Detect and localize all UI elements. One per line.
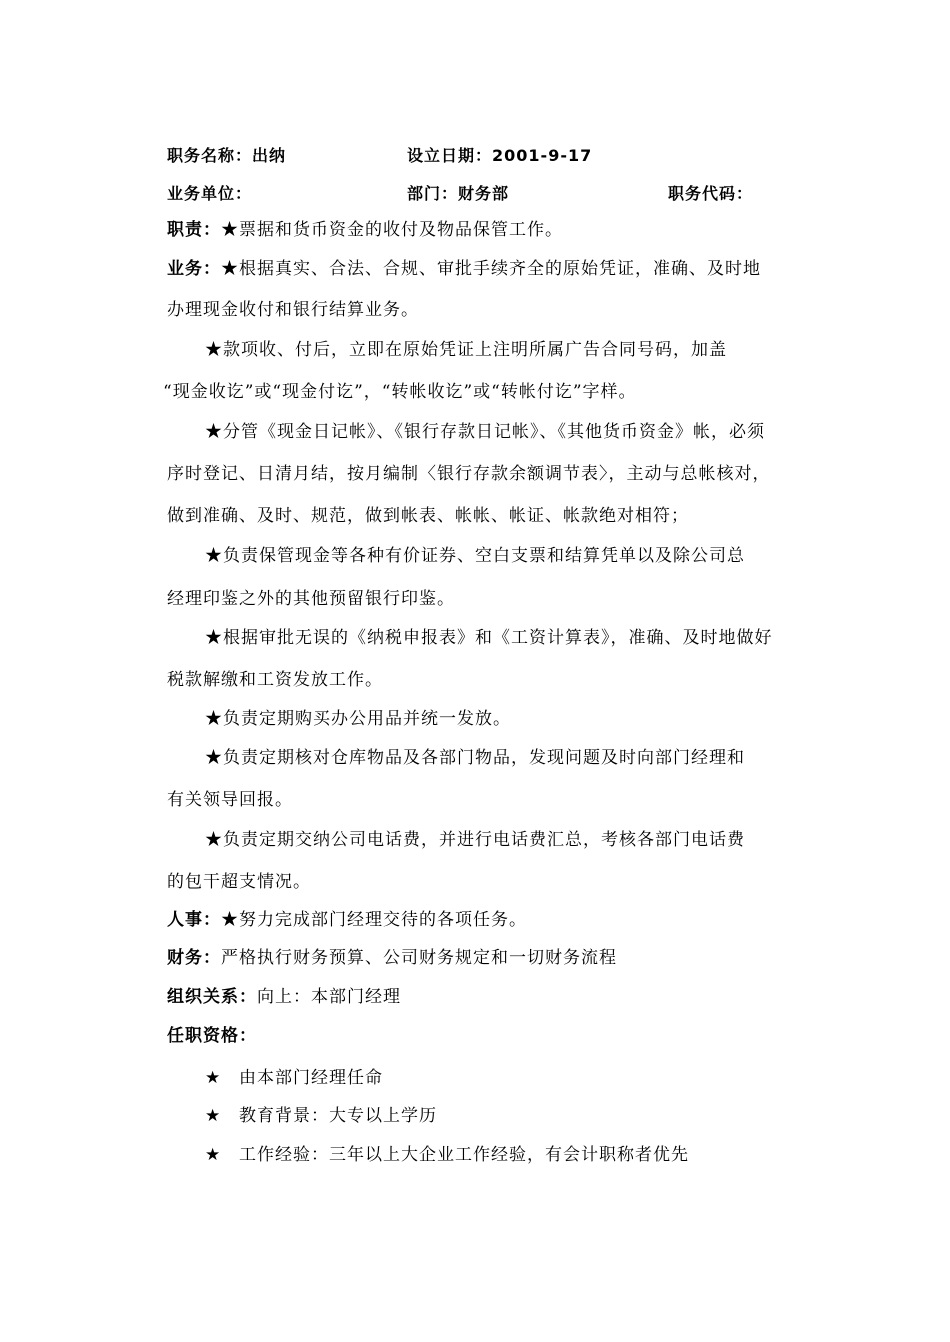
business-para-3-line-1: ★分管《现金日记帐》、《银行存款日记帐》、《其他货币资金》帐，必须 (205, 421, 765, 443)
job-code-label: 职务代码： (668, 184, 753, 203)
job-code-field: 职务代码： (668, 181, 753, 204)
business-para-8-line-1: ★负责定期交纳公司电话费，并进行电话费汇总，考核各部门电话费 (205, 829, 745, 851)
business-para-5-line-2: 税款解缴和工资发放工作。 (167, 669, 383, 691)
business-para-7-line-2: 有关领导回报。 (167, 789, 293, 811)
duty-section: 职责：★票据和货币资金的收付及物品保管工作。 (167, 219, 563, 241)
star-icon: ★ (205, 1145, 239, 1165)
business-unit-label: 业务单位： (167, 184, 252, 203)
organization-label: 组织关系： (167, 987, 257, 1007)
finance-section: 财务：严格执行财务预算、公司财务规定和一切财务流程 (167, 947, 617, 969)
qualification-text: 由本部门经理任命 (239, 1068, 383, 1088)
business-para-2-line-1: ★款项收、付后，立即在原始凭证上注明所属广告合同号码，加盖 (205, 339, 727, 361)
job-title-label: 职务名称： (167, 146, 252, 165)
organization-section: 组织关系：向上：本部门经理 (167, 986, 401, 1008)
business-para-7-line-1: ★负责定期核对仓库物品及各部门物品，发现问题及时向部门经理和 (205, 747, 745, 769)
business-para-3-line-2: 序时登记、日清月结，按月编制〈银行存款余额调节表〉，主动与总帐核对， (167, 463, 771, 485)
established-date-value: 2001-9-17 (492, 146, 592, 165)
business-para-1-line-2: 办理现金收付和银行结算业务。 (167, 299, 419, 321)
qualification-item: ★工作经验：三年以上大企业工作经验，有会计职称者优先 (205, 1140, 689, 1165)
document-page: 职务名称：出纳 设立日期：2001-9-17 业务单位： 部门：财务部 职务代码… (0, 0, 950, 1342)
star-icon: ★ (205, 1068, 239, 1088)
business-label: 业务： (167, 259, 221, 279)
business-unit-field: 业务单位： (167, 181, 252, 204)
finance-label: 财务： (167, 948, 221, 968)
duty-label: 职责： (167, 220, 221, 240)
established-date-label: 设立日期： (407, 146, 492, 165)
personnel-text: ★努力完成部门经理交待的各项任务。 (221, 910, 527, 930)
qualification-text: 教育背景：大专以上学历 (239, 1106, 437, 1126)
business-para-1-line-1: 业务：★根据真实、合法、合规、审批手续齐全的原始凭证，准确、及时地 (167, 258, 761, 280)
organization-text: 向上：本部门经理 (257, 987, 401, 1007)
qualifications-section: 任职资格： (167, 1025, 257, 1047)
qualifications-label: 任职资格： (167, 1026, 257, 1046)
qualification-text: 工作经验：三年以上大企业工作经验，有会计职称者优先 (239, 1145, 689, 1165)
personnel-label: 人事： (167, 910, 221, 930)
business-para-3-line-3: 做到准确、及时、规范，做到帐表、帐帐、帐证、帐款绝对相符； (167, 505, 689, 527)
business-para-8-line-2: 的包干超支情况。 (167, 871, 311, 893)
star-icon: ★ (205, 1106, 239, 1126)
job-title-value: 出纳 (252, 146, 286, 165)
job-title-field: 职务名称：出纳 (167, 143, 286, 166)
department-field: 部门：财务部 (407, 181, 509, 204)
finance-text: 严格执行财务预算、公司财务规定和一切财务流程 (221, 948, 617, 968)
business-para-2-line-2: “现金收讫”或“现金付讫”，“转帐收讫”或“转帐付讫”字样。 (163, 381, 637, 403)
qualification-item: ★由本部门经理任命 (205, 1063, 383, 1088)
business-para-5-line-1: ★根据审批无误的《纳税申报表》和《工资计算表》，准确、及时地做好 (205, 627, 773, 649)
duty-text: ★票据和货币资金的收付及物品保管工作。 (221, 220, 563, 240)
business-para-4-line-1: ★负责保管现金等各种有价证券、空白支票和结算凭单以及除公司总 (205, 545, 745, 567)
established-date-field: 设立日期：2001-9-17 (407, 143, 592, 166)
business-para-6-line-1: ★负责定期购买办公用品并统一发放。 (205, 708, 511, 730)
department-label: 部门： (407, 184, 458, 203)
personnel-section: 人事：★努力完成部门经理交待的各项任务。 (167, 909, 527, 931)
department-value: 财务部 (458, 184, 509, 203)
qualification-item: ★教育背景：大专以上学历 (205, 1101, 437, 1126)
business-text: ★根据真实、合法、合规、审批手续齐全的原始凭证，准确、及时地 (221, 259, 761, 279)
business-para-4-line-2: 经理印鉴之外的其他预留银行印鉴。 (167, 588, 455, 610)
